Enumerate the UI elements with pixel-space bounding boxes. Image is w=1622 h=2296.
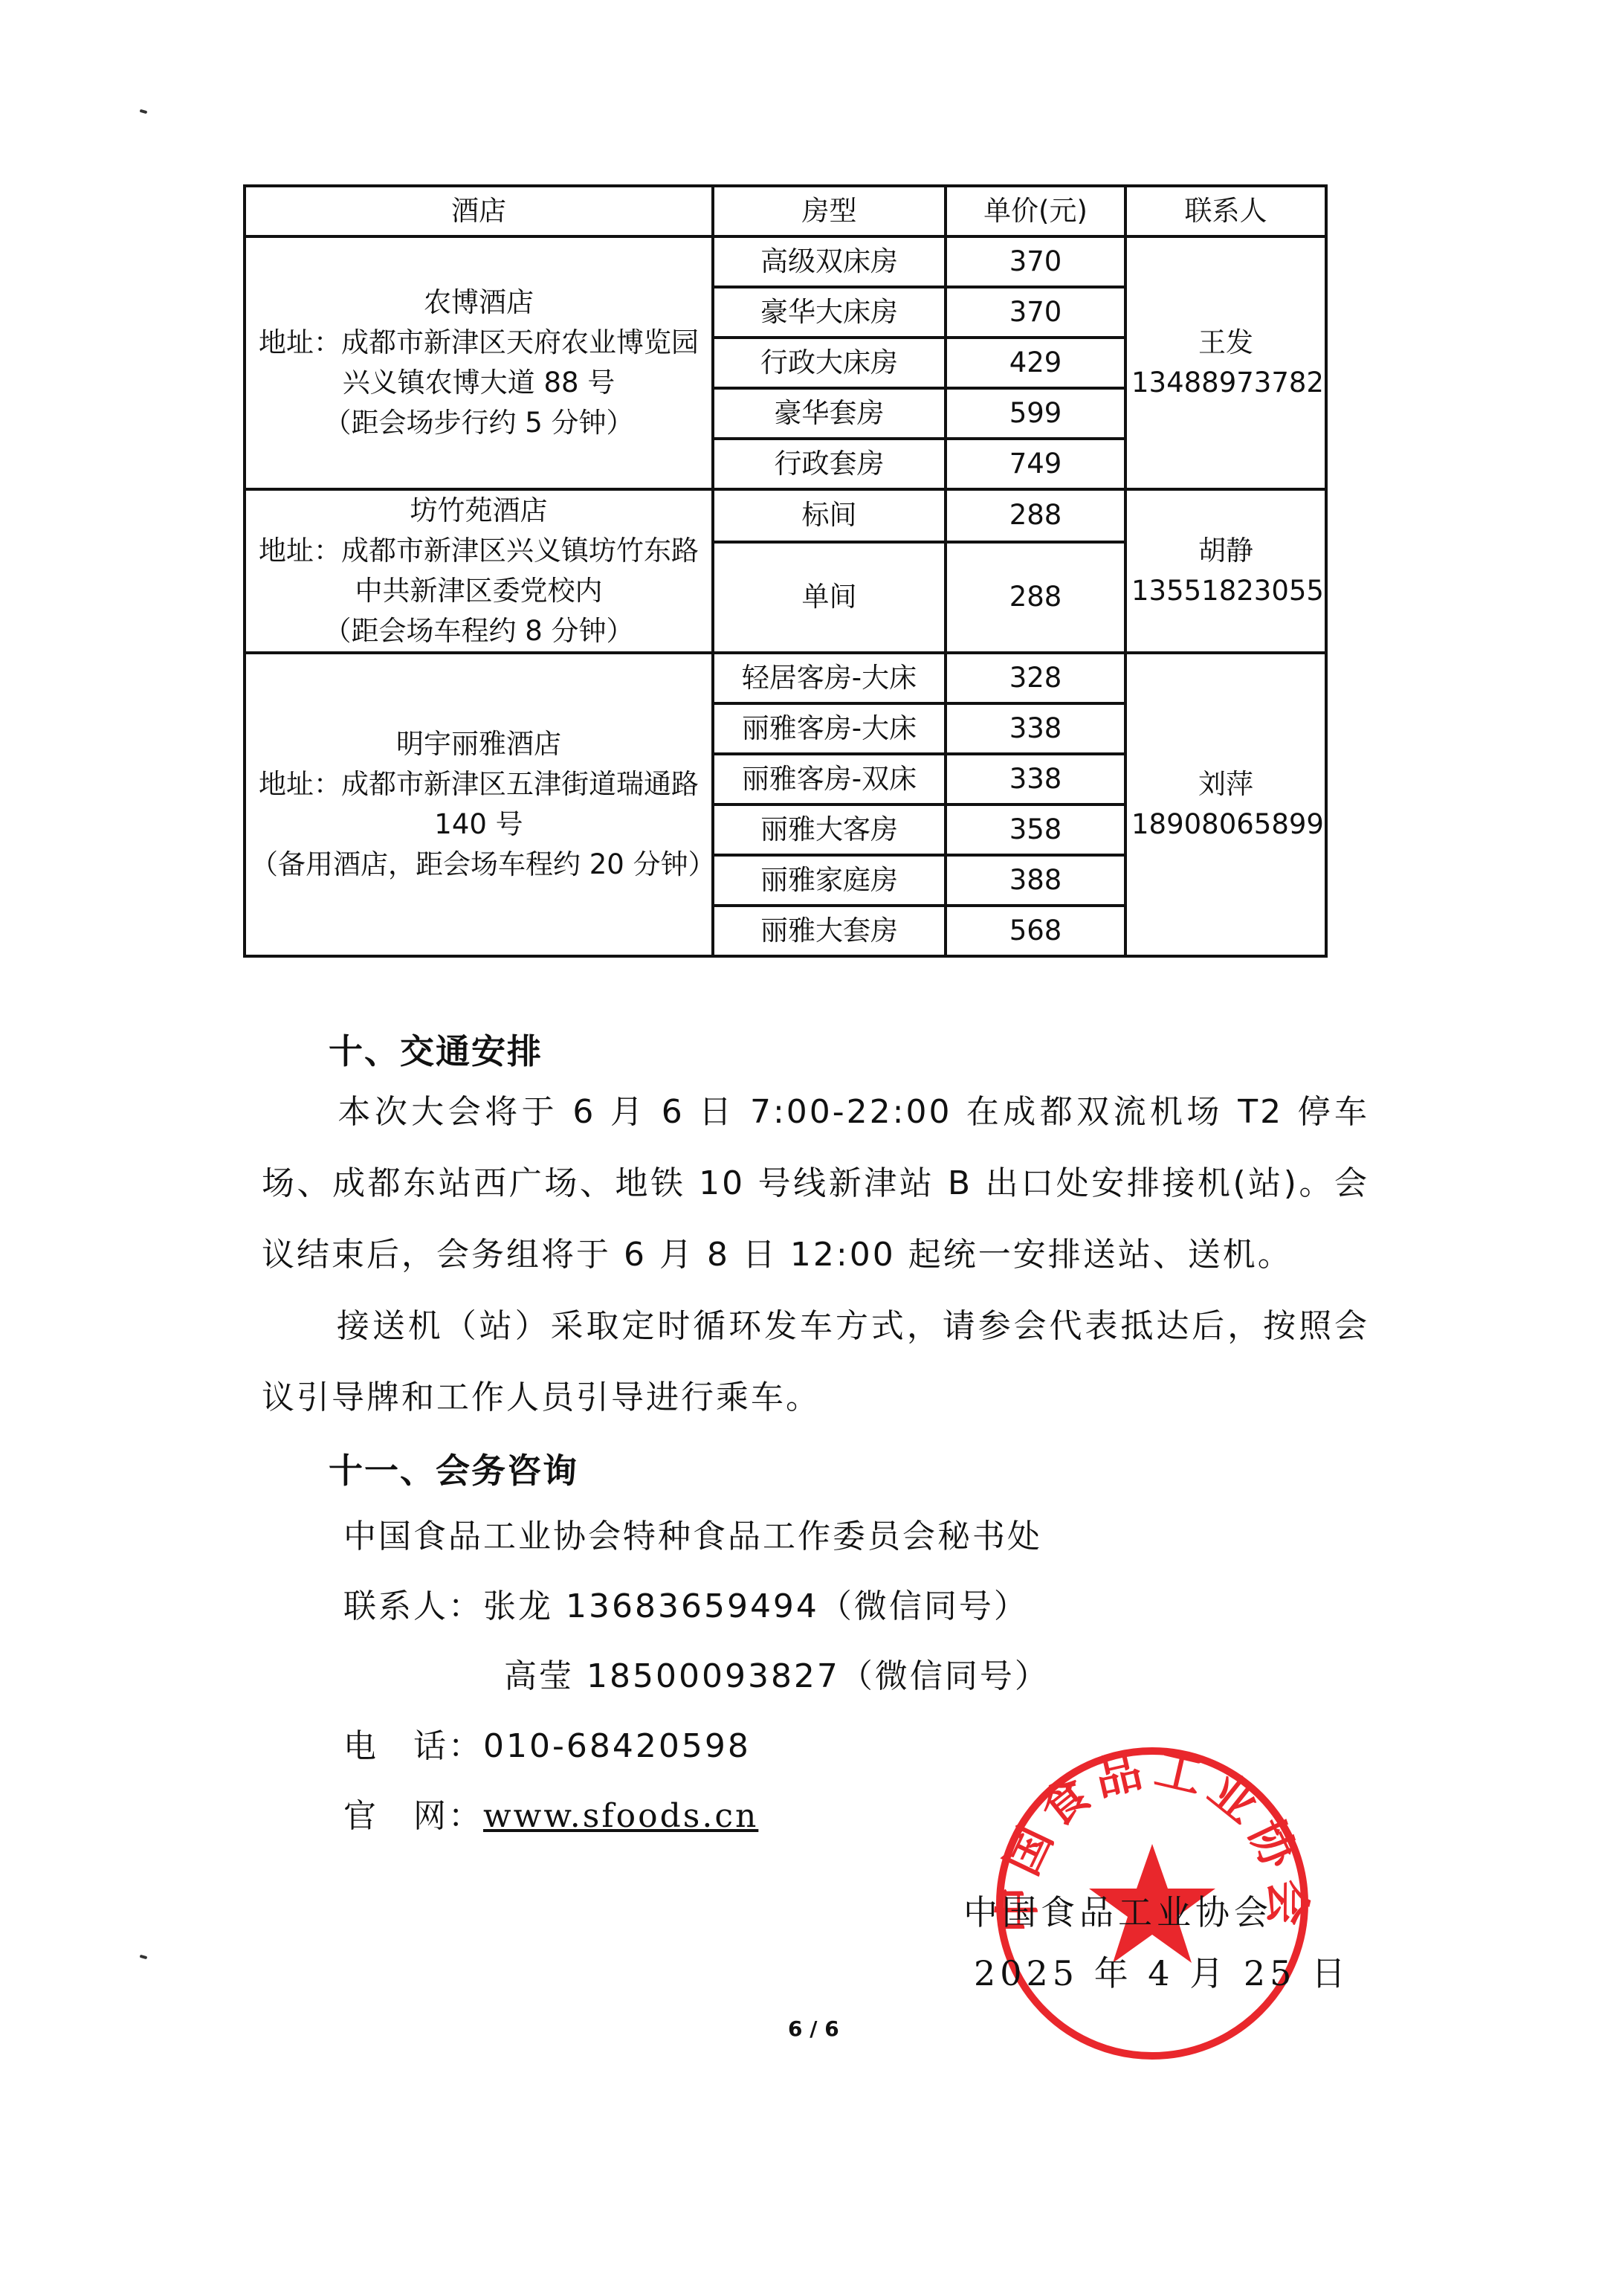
contact-cell: 胡静 13551823055 (1125, 489, 1326, 653)
room-type: 豪华套房 (713, 388, 946, 439)
room-type: 豪华大床房 (713, 287, 946, 338)
contact-name: 刘萍 (1131, 764, 1320, 804)
hotel-name: 明宇丽雅酒店 (251, 724, 707, 764)
section-title-transport: 十、交通安排 (329, 1025, 543, 1074)
room-type: 轻居客房-大床 (713, 653, 946, 703)
table-header-row: 酒店 房型 单价(元) 联系人 (245, 186, 1326, 236)
hotel-name: 坊竹苑酒店 (251, 491, 707, 531)
contact-name: 王发 (1131, 323, 1320, 363)
contact-person-2: 高莹 18500093827（微信同号） (504, 1657, 1050, 1695)
hotel-note: （距会场步行约 5 分钟） (251, 403, 707, 443)
transport-text-2: 接送机（站）采取定时循环发车方式，请参会代表抵达后，按照会议引导牌和工作人员引导… (262, 1307, 1369, 1416)
room-type: 高级双床房 (713, 236, 946, 287)
room-price: 568 (946, 906, 1125, 956)
hotel-note: （备用酒店，距会场车程约 20 分钟） (251, 845, 707, 885)
room-type: 丽雅客房-大床 (713, 703, 946, 754)
phone-label: 电 话： (343, 1719, 483, 1767)
scan-speck (140, 109, 148, 114)
room-price: 288 (946, 489, 1125, 542)
hotel-name: 农博酒店 (251, 283, 707, 323)
room-price: 749 (946, 439, 1125, 489)
hotel-address: 地址：成都市新津区天府农业博览园兴义镇农博大道 88 号 (251, 323, 707, 403)
room-price: 338 (946, 754, 1125, 804)
hotel-cell: 坊竹苑酒店 地址：成都市新津区兴义镇坊竹东路中共新津区委党校内 （距会场车程约 … (245, 489, 713, 653)
contact-label: 联系人： (343, 1579, 483, 1627)
phone-number: 010-68420598 (483, 1727, 751, 1765)
hotel-address: 地址：成都市新津区五津街道瑞通路 140 号 (251, 764, 707, 845)
contact-cell: 王发 13488973782 (1125, 236, 1326, 489)
contact-phone: 13551823055 (1131, 571, 1320, 611)
room-type: 丽雅客房-双床 (713, 754, 946, 804)
room-price: 358 (946, 804, 1125, 855)
room-price: 429 (946, 338, 1125, 388)
contact-cell: 刘萍 18908065899 (1125, 653, 1326, 956)
org-name: 中国食品工业协会特种食品工作委员会秘书处 (343, 1509, 1042, 1557)
room-type: 丽雅家庭房 (713, 855, 946, 906)
header-hotel: 酒店 (245, 186, 713, 236)
website-line: 官 网：www.sfoods.cn (343, 1789, 758, 1837)
page-number: 6 / 6 (788, 2016, 839, 2041)
room-type: 丽雅大套房 (713, 906, 946, 956)
contact-line-1: 联系人：张龙 13683659494（微信同号） (343, 1579, 1029, 1627)
website-label: 官 网： (343, 1789, 483, 1837)
table-row: 农博酒店 地址：成都市新津区天府农业博览园兴义镇农博大道 88 号 （距会场步行… (245, 236, 1326, 287)
room-price: 388 (946, 855, 1125, 906)
transport-text-1: 本次大会将于 6 月 6 日 7:00-22:00 在成都双流机场 T2 停车场… (262, 1093, 1369, 1274)
contact-phone: 18908065899 (1131, 804, 1320, 845)
scan-speck (140, 1955, 148, 1959)
transport-paragraph-1: 本次大会将于 6 月 6 日 7:00-22:00 在成都双流机场 T2 停车场… (262, 1077, 1369, 1291)
contact-name: 胡静 (1131, 531, 1320, 571)
table-row: 坊竹苑酒店 地址：成都市新津区兴义镇坊竹东路中共新津区委党校内 （距会场车程约 … (245, 489, 1326, 542)
room-type: 行政套房 (713, 439, 946, 489)
room-type: 单间 (713, 542, 946, 653)
room-type: 行政大床房 (713, 338, 946, 388)
room-price: 328 (946, 653, 1125, 703)
section-title-inquiry: 十一、会务咨询 (329, 1444, 578, 1493)
header-price: 单价(元) (946, 186, 1125, 236)
signature-org: 中国食品工业协会 (963, 1886, 1273, 1935)
room-type: 标间 (713, 489, 946, 542)
hotel-cell: 农博酒店 地址：成都市新津区天府农业博览园兴义镇农博大道 88 号 （距会场步行… (245, 236, 713, 489)
room-price: 370 (946, 287, 1125, 338)
signature-date: 2025 年 4 月 25 日 (974, 1947, 1350, 1996)
contact-line-2: 高莹 18500093827（微信同号） (504, 1649, 1050, 1697)
room-price: 599 (946, 388, 1125, 439)
room-price: 288 (946, 542, 1125, 653)
hotel-cell: 明宇丽雅酒店 地址：成都市新津区五津街道瑞通路 140 号 （备用酒店，距会场车… (245, 653, 713, 956)
header-room-type: 房型 (713, 186, 946, 236)
contact-person-1: 张龙 13683659494（微信同号） (483, 1587, 1029, 1625)
hotel-address: 地址：成都市新津区兴义镇坊竹东路中共新津区委党校内 (251, 531, 707, 611)
hotel-table: 酒店 房型 单价(元) 联系人 农博酒店 地址：成都市新津区天府农业博览园兴义镇… (243, 184, 1328, 958)
room-price: 370 (946, 236, 1125, 287)
header-contact: 联系人 (1125, 186, 1326, 236)
phone-line: 电 话：010-68420598 (343, 1719, 751, 1767)
hotel-note: （距会场车程约 8 分钟） (251, 611, 707, 651)
table-row: 明宇丽雅酒店 地址：成都市新津区五津街道瑞通路 140 号 （备用酒店，距会场车… (245, 653, 1326, 703)
contact-phone: 13488973782 (1131, 363, 1320, 403)
website-link[interactable]: www.sfoods.cn (483, 1797, 758, 1835)
room-price: 338 (946, 703, 1125, 754)
room-type: 丽雅大客房 (713, 804, 946, 855)
transport-paragraph-2: 接送机（站）采取定时循环发车方式，请参会代表抵达后，按照会议引导牌和工作人员引导… (262, 1291, 1369, 1434)
